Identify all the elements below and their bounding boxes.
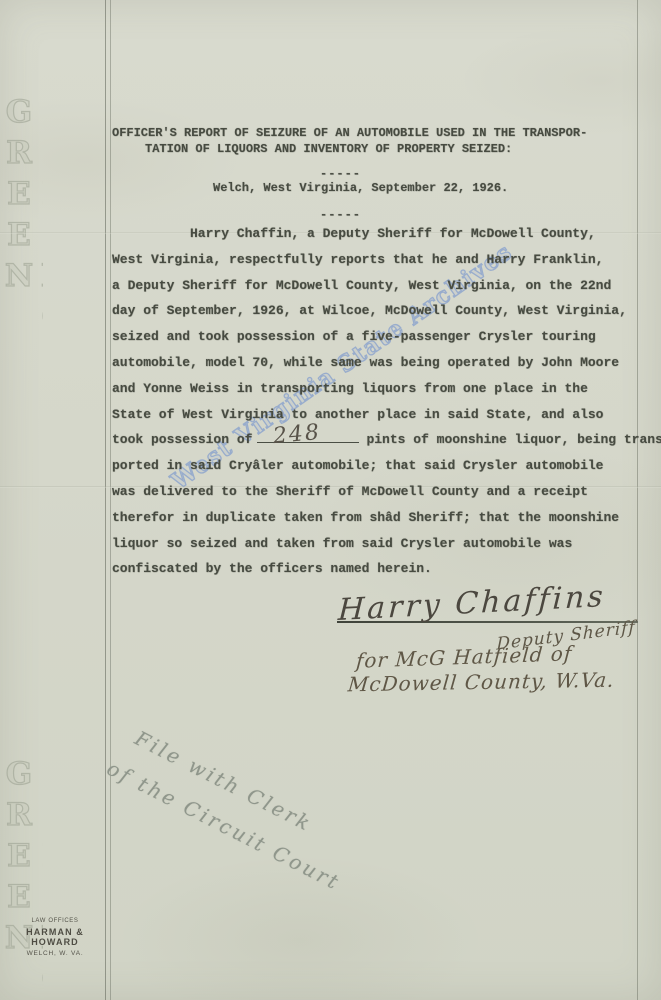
document-page: GREEN SPRING GREEN SPRING West Virginia … xyxy=(0,0,661,1000)
paper-brand-watermark-bottom: GREEN SPRING xyxy=(1,756,43,1000)
body-line: therefor in duplicate taken from shâd Sh… xyxy=(112,505,628,531)
body-line: West Virginia, respectfully reports that… xyxy=(112,247,628,273)
signature-county-line: McDowell County, W.Va. xyxy=(347,668,616,697)
body-line: and Yonne Weiss in transporting liquors … xyxy=(112,376,628,402)
letterhead-law-offices: LAW OFFICES xyxy=(10,918,100,924)
document-title-line1: OFFICER'S REPORT OF SEIZURE OF AN AUTOMO… xyxy=(112,126,612,142)
paper-brand-watermark-top: GREEN SPRING xyxy=(1,94,43,514)
body-line: State of West Virginia to another place … xyxy=(112,402,628,428)
left-margin-rule xyxy=(105,0,111,1000)
body-line: was delivered to the Sheriff of McDowell… xyxy=(112,479,628,505)
divider-dashes-bottom: ----- xyxy=(320,208,361,222)
body-line: ported in said Cryâler automobile; that … xyxy=(112,453,628,479)
body-line: liquor so seized and taken from said Cry… xyxy=(112,531,628,557)
letterhead: LAW OFFICES HARMAN & HOWARD WELCH, W. VA… xyxy=(10,918,100,957)
body-line: automobile, model 70, while same was bei… xyxy=(112,350,628,376)
document-title-line2: TATION OF LIQUORS AND INVENTORY OF PROPE… xyxy=(112,142,612,158)
dateline: Welch, West Virginia, September 22, 1926… xyxy=(213,181,508,195)
body-line: Harry Chaffin, a Deputy Sheriff for McDo… xyxy=(112,221,628,247)
document-title: OFFICER'S REPORT OF SEIZURE OF AN AUTOMO… xyxy=(112,126,612,157)
body-line: confiscated by the officers named herein… xyxy=(112,556,628,582)
letterhead-city: WELCH, W. VA. xyxy=(10,950,100,957)
divider-dashes-top: ----- xyxy=(320,167,361,181)
pints-prefix: took possession of xyxy=(112,432,252,447)
body-line-pints: took possession of248pints of moonshine … xyxy=(112,427,628,453)
body-line: seized and took possession of a five-pas… xyxy=(112,324,628,350)
body-line: a Deputy Sheriff for McDowell County, We… xyxy=(112,273,628,299)
letterhead-firm-name: HARMAN & HOWARD xyxy=(10,927,100,947)
report-body: Harry Chaffin, a Deputy Sheriff for McDo… xyxy=(112,221,628,582)
pints-handwritten-value: 248 xyxy=(273,422,323,448)
pints-blank-underline: 248 xyxy=(257,427,359,443)
pints-suffix: pints of moonshine liquor, being trans- xyxy=(366,432,661,447)
body-line: day of September, 1926, at Wilcoe, McDow… xyxy=(112,298,628,324)
right-margin-rule xyxy=(637,0,638,1000)
